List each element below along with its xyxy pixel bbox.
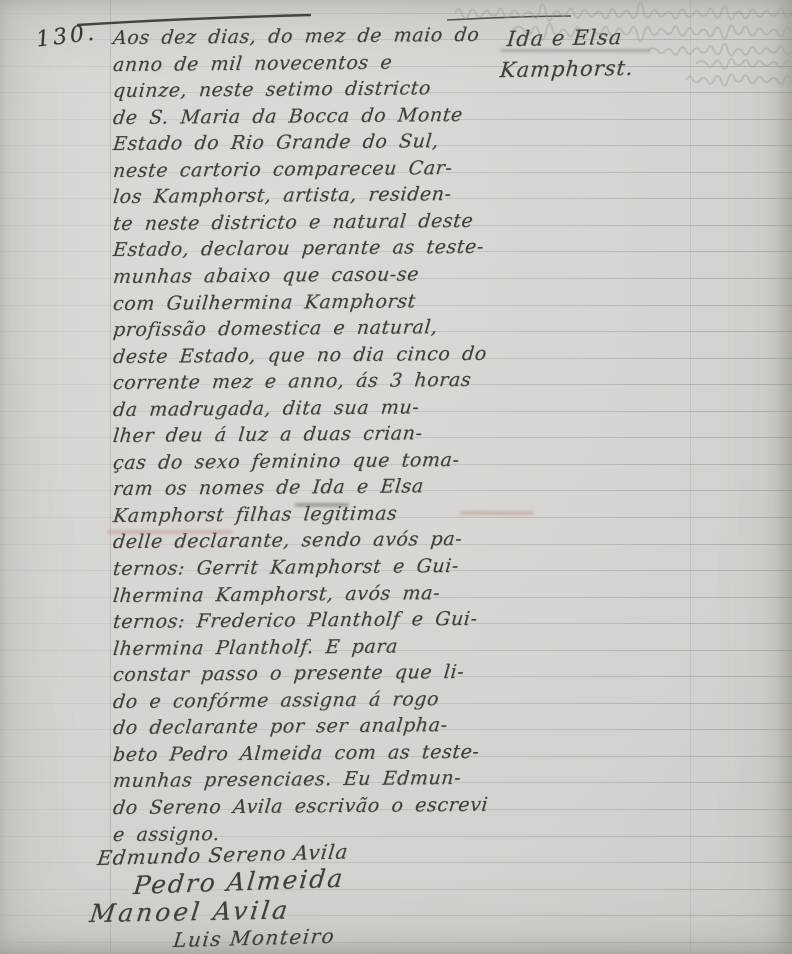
signature-4: Luis Monteiro xyxy=(172,924,337,952)
body-line-24: lhermina Plantholf. E para xyxy=(112,635,399,660)
body-line-11: com Guilhermina Kamphorst xyxy=(112,290,417,315)
body-line-10: munhas abaixo que casou-se xyxy=(112,263,420,288)
body-line-17: ças do sexo feminino que toma- xyxy=(112,449,461,474)
body-line-9: Estado, declarou perante as teste- xyxy=(112,236,485,261)
margin-title-line-1: Ida e Elsa xyxy=(506,25,623,51)
body-line-20: delle declarante, sendo avós pa- xyxy=(112,528,463,553)
body-line-15: da madrugada, dita sua mu- xyxy=(112,396,420,421)
body-line-8: te neste districto e natural deste xyxy=(112,210,474,235)
body-line-30: do Sereno Avila escrivão o escrevi xyxy=(112,794,489,819)
body-line-7: los Kamphorst, artista, residen- xyxy=(112,183,453,208)
body-line-29: munhas presenciaes. Eu Edmun- xyxy=(112,767,462,792)
ruled-line xyxy=(0,13,792,14)
body-line-3: quinze, neste setimo districto xyxy=(112,77,432,102)
signature-3: Manoel Avila xyxy=(88,895,292,928)
body-line-14: corrente mez e anno, ás 3 horas xyxy=(112,369,472,394)
pencil-annotation-5 xyxy=(686,74,792,86)
body-line-26: do e confórme assigna á rogo xyxy=(112,688,440,713)
margin-title-line-2: Kamphorst. xyxy=(499,56,635,82)
body-line-19: Kamphorst filhas legitimas xyxy=(112,502,399,527)
body-line-31: e assigno. xyxy=(112,823,221,846)
record-number: 130. xyxy=(35,20,99,52)
body-line-25: constar passo o presente que li- xyxy=(112,661,465,686)
pencil-annotation-1 xyxy=(455,2,791,20)
margin-flourish-line xyxy=(447,16,571,20)
body-line-23: ternos: Frederico Plantholf e Gui- xyxy=(112,608,479,633)
right-margin-rule xyxy=(690,0,691,954)
left-margin-rule xyxy=(110,0,111,954)
registry-page-scan: 130. Ida e Elsa Kamphorst. Aos dez dias,… xyxy=(0,0,792,954)
body-line-4: de S. Maria da Bocca do Monte xyxy=(112,104,464,129)
ruled-line xyxy=(0,942,792,943)
body-line-12: profissão domestica e natural, xyxy=(112,316,439,341)
body-line-21: ternos: Gerrit Kamphorst e Gui- xyxy=(112,555,460,580)
body-line-16: lher deu á luz a duas crian- xyxy=(112,423,424,448)
signature-2: Pedro Almeida xyxy=(132,864,346,900)
body-line-13: deste Estado, que no dia cinco do xyxy=(112,342,488,367)
body-line-22: lhermina Kamphorst, avós ma- xyxy=(112,582,441,607)
pencil-annotation-3 xyxy=(648,44,791,56)
closing-flourish-line xyxy=(77,15,311,25)
body-line-28: beto Pedro Almeida com as teste- xyxy=(112,741,481,766)
body-line-5: Estado do Rio Grande do Sul, xyxy=(112,130,440,155)
ruled-line xyxy=(0,889,792,890)
body-line-2: anno de mil novecentos e xyxy=(112,51,393,75)
body-line-6: neste cartorio compareceu Car- xyxy=(112,157,453,182)
pink-smudge-elsa xyxy=(460,511,534,515)
body-line-18: ram os nomes de Ida e Elsa xyxy=(112,476,425,501)
pencil-annotation-4 xyxy=(696,59,791,69)
body-line-1: Aos dez dias, do mez de maio do xyxy=(112,24,480,49)
body-line-27: do declarante por ser analpha- xyxy=(112,714,449,739)
